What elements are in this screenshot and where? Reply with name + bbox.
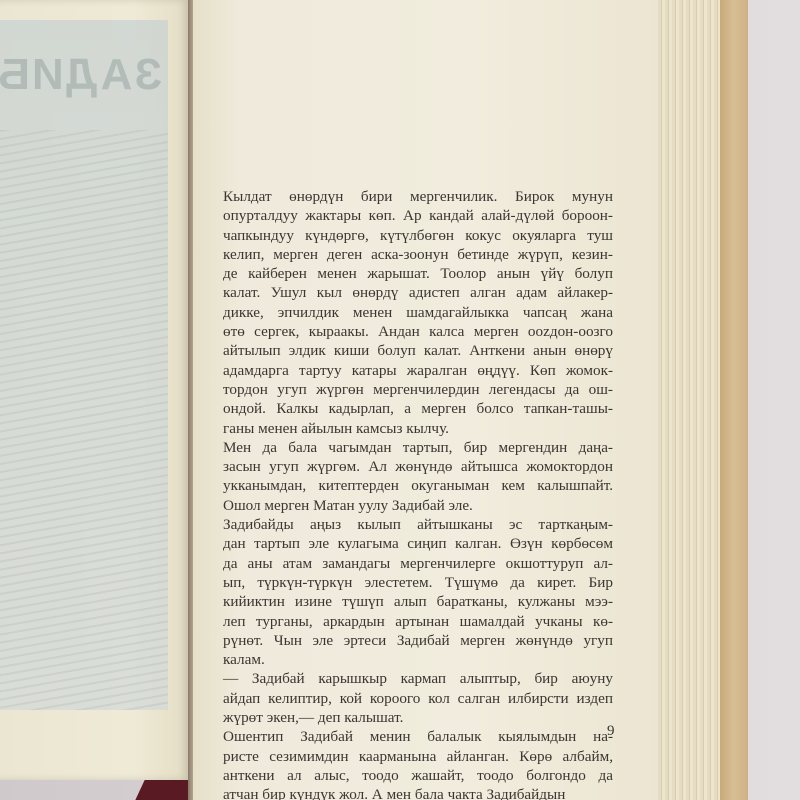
illustration-hatching <box>0 130 168 710</box>
text-line: — Задибай карышкыр кармап алыптыр, бир а… <box>207 669 613 688</box>
text-line: укканымдан, китептерден окуганыман кем к… <box>207 476 613 495</box>
text-line: калам. <box>207 650 613 669</box>
paragraph: — Задибай карышкыр кармап алыптыр, бир а… <box>207 669 613 727</box>
body-text: Кылдат өнөрдүн бири мергенчилик. Бирок м… <box>207 187 613 800</box>
page-edge <box>720 0 748 800</box>
text-line: тордон угуп жүргөн мергенчилердин легенд… <box>207 380 613 399</box>
text-line: опурталдуу жактары көп. Ар кандай алай-д… <box>207 206 613 225</box>
text-line: да аны атам замандагы мергенчилерге окшо… <box>207 554 613 573</box>
text-line: Ошентип Задибай менин балалык кыялымдын … <box>207 727 613 746</box>
paragraph: Задибайды аңыз кылып айтышканы эс тартка… <box>207 515 613 669</box>
text-line: анткени ал алыс, тоодо жашайт, тоодо бол… <box>207 766 613 785</box>
text-line: Задибайды аңыз кылып айтышканы эс тартка… <box>207 515 613 534</box>
text-line: калат. Ушул кыл өнөрдү адистеп алган ада… <box>207 283 613 302</box>
page-stack <box>658 0 720 800</box>
text-line: адамдарга тартуу катары жаралган өңдүү. … <box>207 361 613 380</box>
paragraph: Ошентип Задибай менин балалык кыялымдын … <box>207 727 613 800</box>
paragraph: Мен да бала чагымдан тартып, бир мергенд… <box>207 438 613 515</box>
text-line: атчан бир күндүк жол. А мен бала чакта З… <box>207 785 613 800</box>
paragraph: Кылдат өнөрдүн бири мергенчилик. Бирок м… <box>207 187 613 438</box>
text-line: айдап келиптир, кой короого кол салган и… <box>207 689 613 708</box>
text-line: ондой. Калкы кадырлап, а мерген болсо та… <box>207 399 613 418</box>
text-line: ып, түркүн-түркүн элестетем. Түшүмө да к… <box>207 573 613 592</box>
text-line: жүрөт экен,— деп калышат. <box>207 708 613 727</box>
text-line: засын угуп жүргөм. Ал жөнүндө айтышса жо… <box>207 457 613 476</box>
text-line: кийиктин изине түшүп алып баратканы, кул… <box>207 592 613 611</box>
text-line: ристе сезимимдин каарманына айланган. Кө… <box>207 747 613 766</box>
text-line: дан тартып эле кулагыма сиңип калган. Өз… <box>207 534 613 553</box>
text-line: Кылдат өнөрдүн бири мергенчилик. Бирок м… <box>207 187 613 206</box>
illustration-title: ЗАДИБАЙ <box>2 50 162 100</box>
text-line: айтылып элдик киши болуп калат. Анткени … <box>207 341 613 360</box>
text-line: ганы менен айылын камсыз кылчу. <box>207 419 613 438</box>
show-through-illustration: ЗАДИБАЙ <box>0 20 168 710</box>
text-line: келип, мерген деген аска-зоонун бетинде … <box>207 245 613 264</box>
text-line: дикке, эпчилдик менен шамдагайлыкка чапс… <box>207 303 613 322</box>
left-page: ЗАДИБАЙ <box>0 0 190 780</box>
text-line: Мен да бала чагымдан тартып, бир мергенд… <box>207 438 613 457</box>
text-line: өтө сергек, кыраакы. Андан калса мерген … <box>207 322 613 341</box>
page-number: 9 <box>607 723 615 740</box>
text-line: чапкындуу күндөргө, күтүлбөгөн кокус оку… <box>207 226 613 245</box>
text-line: леп турганы, аркардын артынан шамалдай у… <box>207 612 613 631</box>
text-line: Ошол мерген Матан уулу Задибай эле. <box>207 496 613 515</box>
text-line: рүнөт. Чын эле эртеси Задибай мерген жөн… <box>207 631 613 650</box>
text-line: де кайберен менен жарышат. Тоолор анын ү… <box>207 264 613 283</box>
